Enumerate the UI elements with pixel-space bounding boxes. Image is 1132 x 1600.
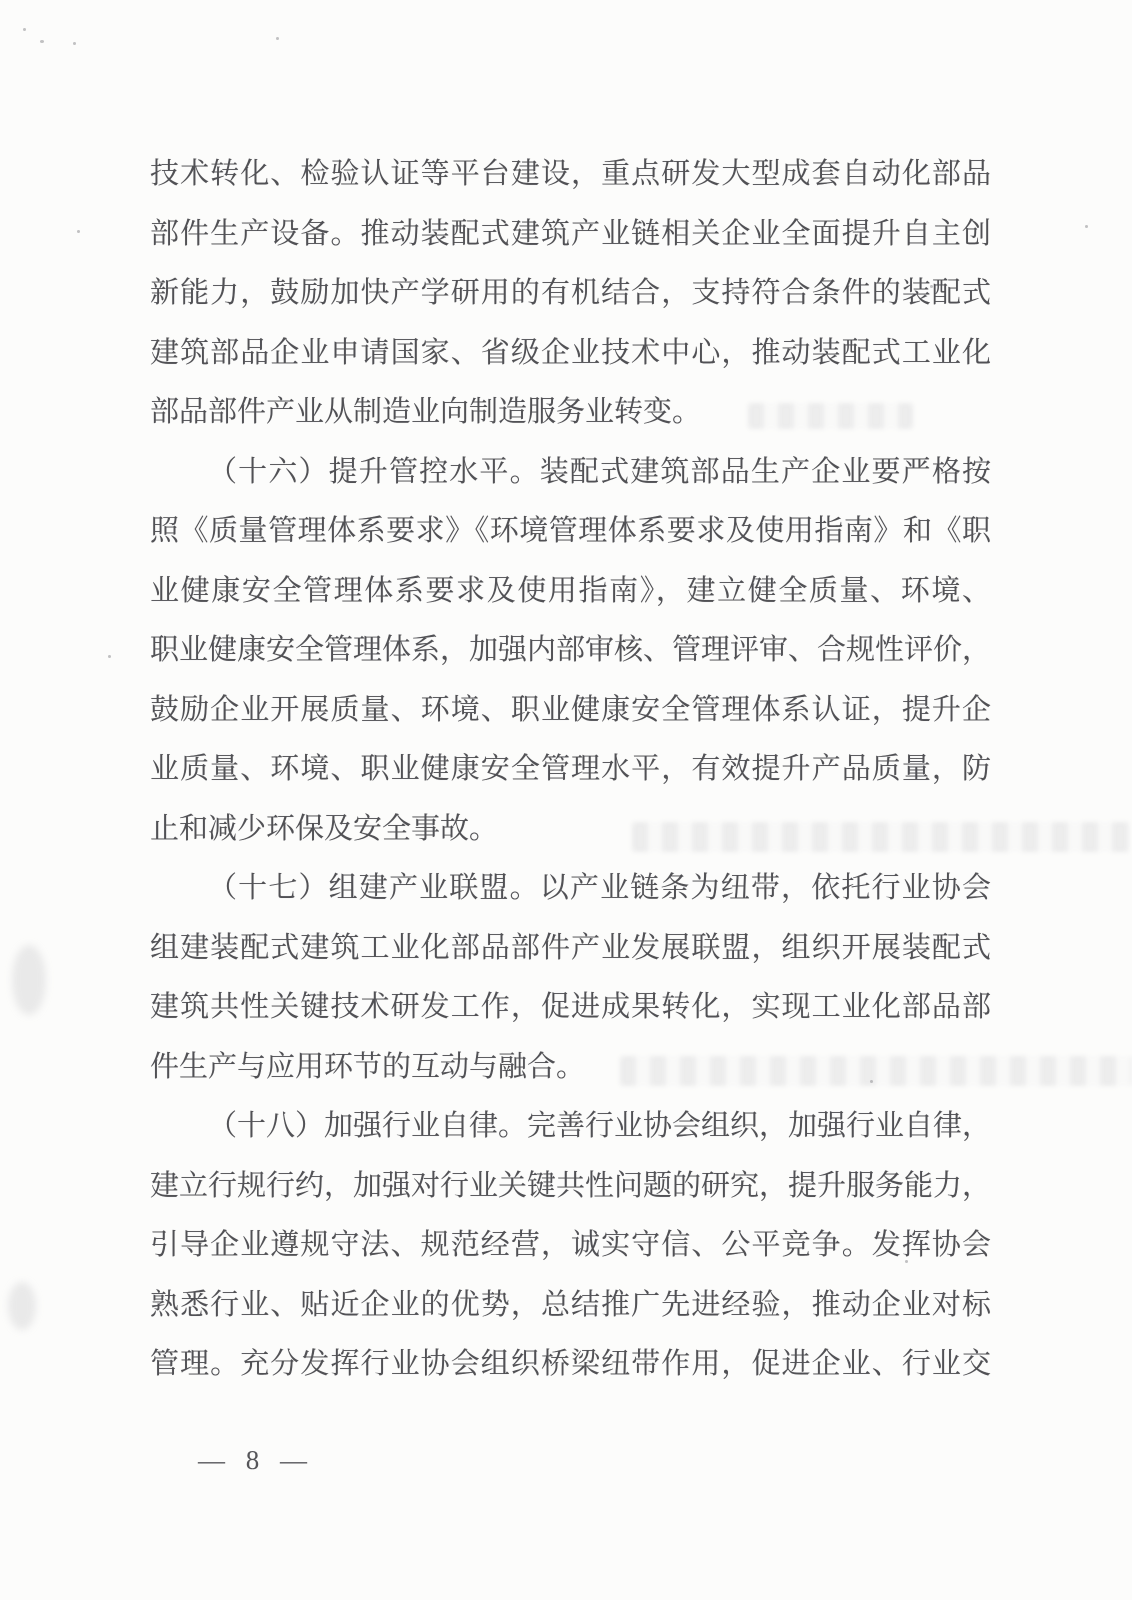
- text-line: 新能力，鼓励加快产学研用的有机结合，支持符合条件的装配式: [150, 264, 991, 324]
- text-line-item-17-start: （十七）组建产业联盟。以产业链条为纽带，依托行业协会: [150, 859, 991, 919]
- text-line: 管理。充分发挥行业协会组织桥梁纽带作用，促进企业、行业交: [150, 1335, 991, 1395]
- text-line: 建筑共性关键技术研发工作，促进成果转化，实现工业化部品部: [150, 978, 991, 1038]
- margin-smudge: [8, 1282, 36, 1330]
- text-line: 职业健康安全管理体系，加强内部审核、管理评审、合规性评价，: [150, 621, 991, 681]
- text-line: 建筑部品企业申请国家、省级企业技术中心，推动装配式工业化: [150, 324, 991, 384]
- scan-speck: [40, 40, 44, 43]
- text-line: 止和减少环保及安全事故。: [150, 800, 991, 860]
- text-line: 技术转化、检验认证等平台建设，重点研发大型成套自动化部品: [150, 145, 991, 205]
- scan-speck: [1085, 225, 1088, 228]
- text-line: 鼓励企业开展质量、环境、职业健康安全管理体系认证，提升企: [150, 681, 991, 741]
- text-line: 组建装配式建筑工业化部品部件产业发展联盟，组织开展装配式: [150, 919, 991, 979]
- margin-smudge: [12, 945, 46, 1015]
- page-number: — 8 —: [198, 1445, 314, 1476]
- text-line: 建立行规行约，加强对行业关键共性问题的研究，提升服务能力，: [150, 1157, 991, 1217]
- text-line-item-16-start: （十六）提升管控水平。装配式建筑部品生产企业要严格按: [150, 443, 991, 503]
- text-line-item-18-start: （十八）加强行业自律。完善行业协会组织，加强行业自律，: [150, 1097, 991, 1157]
- scan-speck: [77, 230, 80, 233]
- text-line: 引导企业遵规守法、规范经营，诚实守信、公平竞争。发挥协会: [150, 1216, 991, 1276]
- scan-speck: [23, 28, 26, 31]
- scan-speck: [108, 655, 111, 658]
- text-line: 件生产与应用环节的互动与融合。: [150, 1038, 991, 1098]
- text-line: 部品部件产业从制造业向制造服务业转变。: [150, 383, 991, 443]
- text-line: 熟悉行业、贴近企业的优势，总结推广先进经验，推动企业对标: [150, 1276, 991, 1336]
- document-body: 技术转化、检验认证等平台建设，重点研发大型成套自动化部品 部件生产设备。推动装配…: [150, 145, 991, 1395]
- text-line: 业健康安全管理体系要求及使用指南》，建立健全质量、环境、: [150, 562, 991, 622]
- text-line: 照《质量管理体系要求》《环境管理体系要求及使用指南》和《职: [150, 502, 991, 562]
- text-line: 业质量、环境、职业健康安全管理水平，有效提升产品质量，防: [150, 740, 991, 800]
- text-line: 部件生产设备。推动装配式建筑产业链相关企业全面提升自主创: [150, 205, 991, 265]
- scan-speck: [276, 37, 279, 40]
- scan-speck: [73, 42, 76, 45]
- scanned-document-page: 技术转化、检验认证等平台建设，重点研发大型成套自动化部品 部件生产设备。推动装配…: [0, 0, 1132, 1600]
